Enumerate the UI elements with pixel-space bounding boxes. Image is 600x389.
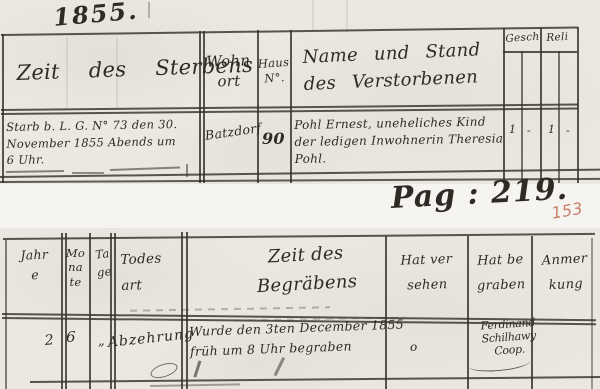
illegible-scribble [193, 360, 201, 377]
record-monate: 6 [66, 328, 76, 348]
illegible-scribble [130, 306, 330, 311]
death-register-strip: 1855. Zeit des Sterbens Wohn ort Haus N°… [0, 0, 600, 184]
column-header-anmerkung: Anmer kung [534, 247, 597, 299]
column-header-hat-begraben: Hat be graben [470, 248, 532, 299]
grid-line-vertical [531, 236, 533, 389]
burial-register-strip: Jahr e Mo na te Ta ge Todes art Zeit des… [0, 228, 600, 389]
column-header-hat-versehen: Hat ver sehen [390, 247, 464, 299]
page-number-heading: Pag : 219. [390, 170, 569, 218]
grid-line-vertical [89, 233, 91, 389]
record-zeit-des-begraebens: Wurde den 3ten December 1855 früh um 8 U… [189, 314, 405, 361]
column-header-zeit-des-begraebens: Zeit des Begräbens [220, 237, 393, 303]
ghost-line [346, 0, 348, 32]
grid-line-vertical [540, 28, 542, 183]
illegible-scribble [110, 167, 180, 172]
illegible-scribble [150, 383, 240, 387]
grid-line-horizontal [3, 233, 595, 240]
record-geschlecht-mark-2: - [527, 124, 531, 138]
illegible-scribble [6, 170, 64, 173]
illegible-scribble [72, 172, 104, 174]
grid-line-vertical [577, 27, 579, 183]
ghost-line [312, 0, 314, 32]
grid-line-vertical [257, 30, 259, 183]
column-header-name-und-stand: Name und Stand des Verstorbenen [302, 36, 482, 98]
record-religion-mark-1: 1 [548, 123, 555, 137]
record-haus-nr: 90 [262, 129, 285, 150]
record-hat-begraben-signature: Ferdinand Schilhawy Coop. [460, 314, 558, 360]
year-heading: 1855. [52, 0, 140, 33]
column-header-monate: Mo na te [63, 246, 88, 289]
column-header-wohnort: Wohn ort [200, 51, 257, 92]
column-header-jahre: Jahr e [10, 244, 59, 286]
grid-line-vertical [558, 51, 560, 183]
illegible-scribble [149, 360, 180, 381]
grid-line-vertical [521, 51, 523, 183]
grid-line-vertical [2, 34, 4, 183]
illegible-scribble [274, 357, 285, 376]
record-jahre: 2 [44, 331, 55, 350]
column-header-todesart: Todes art [120, 246, 182, 299]
column-header-haus-nr: Haus N°. [257, 55, 291, 87]
grid-line-vertical [114, 233, 116, 389]
record-name-und-stand: Pohl Ernest, uneheliches Kind der ledige… [294, 113, 513, 167]
illegible-scribble [186, 164, 188, 177]
record-religion-mark-2: - [566, 124, 570, 138]
ghost-mark [148, 2, 150, 18]
margin-number-red-pencil: 153 [550, 199, 585, 225]
grid-line-vertical [290, 30, 292, 183]
column-header-geschlecht: Gesch [505, 31, 540, 47]
record-zeit-des-sterbens: Starb b. L. G. N° 73 den 30. November 18… [6, 116, 202, 169]
record-hat-versehen-mark: o [410, 340, 418, 356]
grid-line-vertical [5, 240, 7, 389]
column-header-tage: Ta ge [91, 244, 116, 283]
column-header-religion: Reli [546, 31, 569, 46]
register-scan-page: 1855. Zeit des Sterbens Wohn ort Haus N°… [0, 0, 600, 389]
record-wohnort: Batzdorf [204, 120, 262, 144]
record-geschlecht-mark-1: 1 [509, 123, 516, 137]
record-tage-ditto: „ [98, 334, 105, 351]
